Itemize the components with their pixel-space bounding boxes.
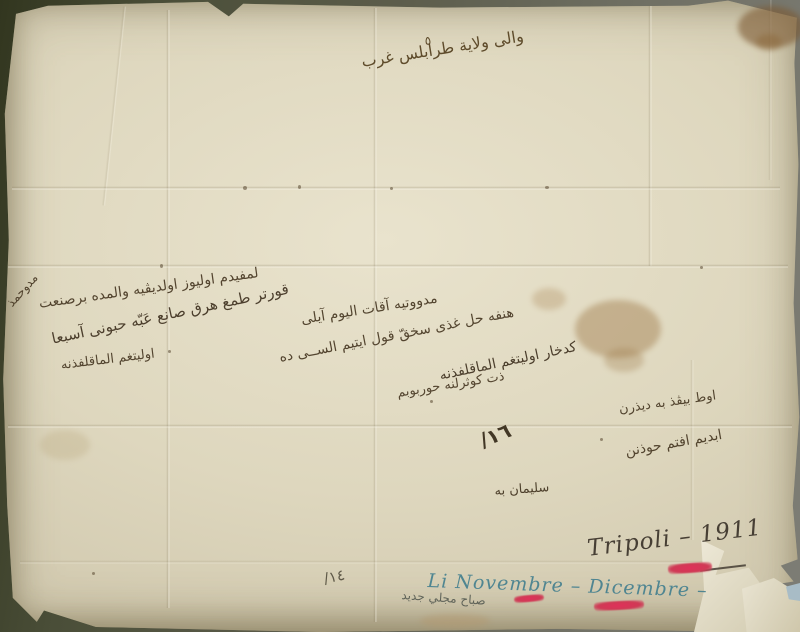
speck [700,266,703,269]
stain [604,348,644,372]
speck [160,264,163,268]
speck [600,438,603,441]
fold-crease [690,360,694,540]
fold-crease [20,560,720,564]
stain [756,34,782,50]
speck [92,572,95,575]
stain [40,430,90,460]
speck [243,186,247,190]
fold-crease [12,186,780,190]
speck [168,350,171,353]
fold-crease [648,6,652,266]
stain [420,614,490,628]
speck [390,187,393,190]
photographed-letter: ٥ والى ولاية طرابلس غرب مدوحمذ لمفيدم او… [0,0,800,632]
stain [532,288,566,310]
fold-crease [8,264,788,268]
speck [545,186,549,189]
speck [430,400,433,403]
speck [298,185,301,189]
fold-crease [8,424,792,428]
